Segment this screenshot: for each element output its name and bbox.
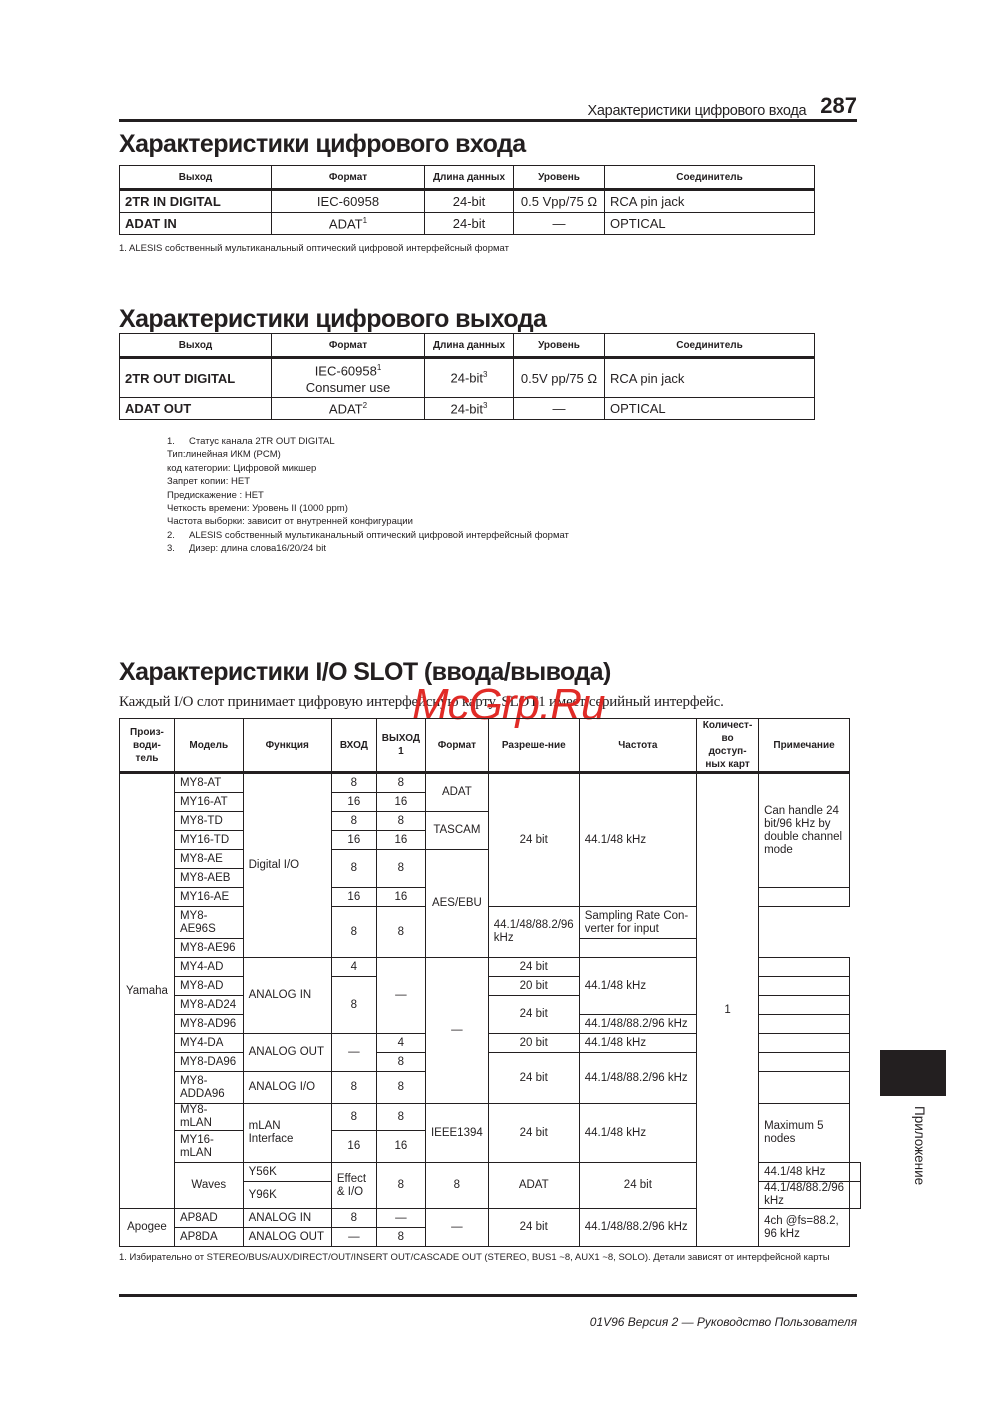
cell-output: 2TR OUT DIGITAL	[120, 358, 272, 398]
cell-model: MY8-AE96S	[174, 907, 243, 939]
cell-note	[759, 888, 850, 907]
table-row: ADAT IN ADAT1 24-bit — OPTICAL	[120, 213, 815, 235]
cell-input: 16	[331, 831, 376, 850]
cell-output: 8	[376, 1104, 425, 1131]
table-header-row: Произ-води-тель Модель Функция ВХОД ВЫХО…	[120, 719, 861, 773]
footnote-line: Частота выборки: зависит от внутренней к…	[167, 515, 569, 528]
footnote-ref: 3	[483, 401, 487, 410]
cell-model: MY8-ADDA96	[174, 1072, 243, 1104]
model-text: MY8-ADDA96	[180, 1075, 225, 1100]
length-text: 24-bit	[451, 401, 484, 416]
cell-function: ANALOG IN	[243, 958, 331, 1034]
cell-input: 8	[331, 773, 376, 793]
cell-output: 8	[425, 1163, 488, 1209]
cell-frequency: 44.1/48/88.2/96 kHz	[579, 1015, 696, 1034]
footnote-line: код категории: Цифровой микшер	[167, 462, 569, 475]
cell-note	[759, 1015, 850, 1034]
cell-input: 8	[331, 1072, 376, 1104]
cell-cards: 1	[697, 773, 759, 1247]
io-slot-footnote: 1. Избирательно от STEREO/BUS/AUX/DIRECT…	[119, 1251, 830, 1264]
cell-level: 0.5V pp/75 Ω	[514, 358, 605, 398]
format-subtext: Consumer use	[306, 380, 391, 395]
cell-function: ANALOG OUT	[243, 1228, 331, 1247]
cell-input: 8	[376, 1163, 425, 1209]
cell-manufacturer: Waves	[174, 1163, 243, 1209]
footnote-text: Статус канала 2TR OUT DIGITAL	[189, 436, 335, 447]
col-header: Соединитель	[605, 166, 815, 190]
cell-output: 16	[376, 888, 425, 907]
cell-model: Y96K	[243, 1182, 331, 1209]
cell-output: 2TR IN DIGITAL	[120, 190, 272, 213]
cell-output: 4	[376, 1034, 425, 1053]
col-header-output: ВЫХОД 1	[376, 719, 425, 773]
cell-input: 8	[331, 850, 376, 888]
cell-input: 8	[331, 907, 376, 958]
cell-input: 16	[331, 1131, 376, 1163]
cell-output: 8	[376, 850, 425, 888]
cell-resolution: 24 bit	[488, 1104, 579, 1163]
cell-connector: OPTICAL	[605, 398, 815, 420]
cell-output: 8	[376, 1053, 425, 1072]
cell-output: —	[376, 958, 425, 1034]
cell-note	[759, 1072, 850, 1104]
cell-resolution: 20 bit	[488, 977, 579, 996]
col-header: Длина данных	[425, 334, 514, 358]
cell-format: TASCAM	[425, 812, 488, 850]
cell-input: 16	[331, 793, 376, 812]
col-header-notes: Примечание	[759, 719, 850, 773]
col-header-resolution: Разреше-ние	[488, 719, 579, 773]
col-header: Уровень	[514, 334, 605, 358]
cell-length: 24-bit3	[425, 358, 514, 398]
format-text: IEC-60958	[315, 364, 377, 379]
cell-frequency: 44.1/48/88.2/96 kHz	[579, 1053, 696, 1104]
cell-function: mLAN Interface	[243, 1104, 331, 1163]
cell-note: Sampling Rate Con-verter for input	[579, 907, 696, 939]
cell-model: MY8-AE	[174, 850, 243, 869]
cell-function: Effect & I/O	[331, 1163, 376, 1209]
cell-output: 8	[376, 1228, 425, 1247]
cell-output: 16	[376, 831, 425, 850]
table-header-row: Выход Формат Длина данных Уровень Соедин…	[120, 334, 815, 358]
cell-output: 8	[376, 773, 425, 793]
cell-model: MY4-DA	[174, 1034, 243, 1053]
col-header: Формат	[272, 166, 425, 190]
col-header-format: Формат	[425, 719, 488, 773]
cell-input: 8	[331, 812, 376, 831]
cell-frequency: 44.1/48 kHz	[579, 773, 696, 907]
cell-manufacturer: Yamaha	[120, 773, 175, 1209]
cell-model: MY8-AD24	[174, 996, 243, 1015]
footnote-text: Запрет копии: НЕТ	[167, 476, 250, 487]
cell-model: MY8-TD	[174, 812, 243, 831]
format-text: ADAT	[329, 401, 363, 416]
cell-output: ADAT OUT	[120, 398, 272, 420]
footnote-number: 3.	[167, 542, 189, 555]
footnote-text: ALESIS собственный мультиканальный оптич…	[189, 530, 569, 541]
cell-note	[759, 958, 850, 977]
col-header-model: Модель	[174, 719, 243, 773]
cell-format: ADAT	[425, 773, 488, 812]
cell-model: MY16-AT	[174, 793, 243, 812]
cell-input: —	[331, 1034, 376, 1072]
cell-note: Maximum 5 nodes	[759, 1104, 850, 1163]
col-header-cards: Количест-во доступ-ных карт	[697, 719, 759, 773]
cell-input: 4	[331, 958, 376, 977]
table-row: ADAT OUT ADAT2 24-bit3 — OPTICAL	[120, 398, 815, 420]
model-text: MY16-mLAN	[180, 1134, 214, 1159]
cell-format: —	[425, 958, 488, 1104]
cell-level: 0.5 Vpp/75 Ω	[514, 190, 605, 213]
cell-frequency: 44.1/48 kHz	[759, 1163, 850, 1182]
cell-output: 8	[376, 907, 425, 958]
footer-text: 01V96 Версия 2 — Руководство Пользовател…	[590, 1315, 857, 1329]
cell-output: 16	[376, 793, 425, 812]
col-header-input: ВХОД	[331, 719, 376, 773]
col-header: Формат	[272, 334, 425, 358]
cell-length: 24-bit	[425, 190, 514, 213]
cell-level: —	[514, 213, 605, 235]
cell-format: ADAT	[488, 1163, 579, 1209]
cell-function: ANALOG IN	[243, 1209, 331, 1228]
footnote-ref: 1	[363, 216, 367, 225]
cell-model: MY4-AD	[174, 958, 243, 977]
table-row: 2TR IN DIGITAL IEC-60958 24-bit 0.5 Vpp/…	[120, 190, 815, 213]
cell-frequency: 44.1/48 kHz	[579, 958, 696, 1015]
col-header-manufacturer: Произ-води-тель	[120, 719, 175, 773]
cell-function: Digital I/O	[243, 773, 331, 958]
footnote-text: код категории: Цифровой микшер	[167, 463, 316, 474]
digital-out-table: Выход Формат Длина данных Уровень Соедин…	[119, 333, 815, 420]
footnote-line: 3.Дизер: длина слова16/20/24 bit	[167, 542, 569, 555]
cell-connector: RCA pin jack	[605, 358, 815, 398]
cell-input: 8	[331, 1104, 376, 1131]
footnote-line: Предискажение : НЕТ	[167, 489, 569, 502]
cell-function: ANALOG OUT	[243, 1034, 331, 1072]
cell-frequency: 44.1/48 kHz	[579, 1104, 696, 1163]
cell-model: MY16-TD	[174, 831, 243, 850]
cell-note	[759, 996, 850, 1015]
digital-out-footnotes: 1.Статус канала 2TR OUT DIGITALТип:линей…	[167, 435, 569, 556]
digital-out-title: Характеристики цифрового выхода	[119, 304, 546, 334]
cell-frequency: 44.1/48 kHz	[579, 1034, 696, 1053]
table-header-row: Выход Формат Длина данных Уровень Соедин…	[120, 166, 815, 190]
footnote-text: Тип:линейная ИКМ (PCM)	[167, 449, 281, 460]
cell-format: —	[425, 1209, 488, 1247]
cell-connector: OPTICAL	[605, 213, 815, 235]
cell-output: ADAT IN	[120, 213, 272, 235]
cell-note	[759, 977, 850, 996]
cell-model: MY8-AT	[174, 773, 243, 793]
cell-note	[759, 1034, 850, 1053]
cell-frequency: 44.1/48/88.2/96 kHz	[579, 1209, 696, 1247]
table-row: 2TR OUT DIGITAL IEC-609581Consumer use 2…	[120, 358, 815, 398]
col-header: Длина данных	[425, 166, 514, 190]
cell-level: —	[514, 398, 605, 420]
cell-format: ADAT2	[272, 398, 425, 420]
cell-note	[850, 1182, 861, 1209]
footnote-line: Тип:линейная ИКМ (PCM)	[167, 448, 569, 461]
cell-model: AP8AD	[174, 1209, 243, 1228]
cell-input: —	[331, 1228, 376, 1247]
format-text: IEC-60958	[317, 194, 379, 209]
cell-model: MY8-AD96	[174, 1015, 243, 1034]
cell-format: IEEE1394	[425, 1104, 488, 1163]
io-slot-table: Произ-води-тель Модель Функция ВХОД ВЫХО…	[119, 718, 861, 1247]
cell-resolution: 24 bit	[488, 958, 579, 977]
format-text: ADAT	[329, 216, 363, 231]
cell-connector: RCA pin jack	[605, 190, 815, 213]
cell-resolution: 20 bit	[488, 1034, 579, 1053]
section-tab-marker	[880, 1050, 946, 1096]
cell-length: 24-bit	[425, 213, 514, 235]
cell-length: 24-bit3	[425, 398, 514, 420]
cell-input: 8	[331, 1209, 376, 1228]
footnote-number: 1.	[167, 435, 189, 448]
table-row: Yamaha MY8-AT Digital I/O 8 8 ADAT 24 bi…	[120, 773, 861, 793]
col-header: Выход	[120, 166, 272, 190]
footer-rule	[119, 1294, 857, 1297]
cell-model: AP8DA	[174, 1228, 243, 1247]
cell-format: AES/EBU	[425, 850, 488, 958]
cell-output: 16	[376, 1131, 425, 1163]
cell-note	[759, 1053, 850, 1072]
digital-in-footnote: 1. ALESIS собственный мультиканальный оп…	[119, 242, 509, 255]
cell-model: MY8-mLAN	[174, 1104, 243, 1131]
col-header: Уровень	[514, 166, 605, 190]
cell-input: 16	[331, 888, 376, 907]
cell-format: IEC-60958	[272, 190, 425, 213]
cell-model: MY16-AE	[174, 888, 243, 907]
cell-note: Can handle 24 bit/96 kHz by double chann…	[759, 773, 850, 888]
cell-resolution: 24 bit	[488, 1053, 579, 1104]
col-header-frequency: Частота	[579, 719, 696, 773]
col-header: Соединитель	[605, 334, 815, 358]
cell-input: 8	[331, 977, 376, 1034]
footnote-text: Четкость времени: Уровень II (1000 ppm)	[167, 503, 348, 514]
page-number: 287	[820, 93, 857, 118]
footnote-line: 2.ALESIS собственный мультиканальный опт…	[167, 529, 569, 542]
cell-note: 4ch @fs=88.2, 96 kHz	[759, 1209, 850, 1247]
cell-format: IEC-609581Consumer use	[272, 358, 425, 398]
section-tab-label: Приложение	[897, 1106, 927, 1196]
cell-resolution: 24 bit	[488, 996, 579, 1034]
cell-model: MY8-AE96	[174, 939, 243, 958]
footnote-ref: 1	[377, 363, 381, 372]
footnote-ref: 3	[483, 370, 487, 379]
cell-note	[579, 939, 696, 958]
cell-note	[850, 1163, 861, 1182]
cell-resolution: 24 bit	[579, 1163, 696, 1209]
cell-manufacturer: Apogee	[120, 1209, 175, 1247]
footnote-text: Частота выборки: зависит от внутренней к…	[167, 516, 413, 527]
running-header: Характеристики цифрового входа287	[119, 93, 857, 122]
cell-function: ANALOG I/O	[243, 1072, 331, 1104]
col-header-function: Функция	[243, 719, 331, 773]
footnote-line: Запрет копии: НЕТ	[167, 475, 569, 488]
footnote-line: Четкость времени: Уровень II (1000 ppm)	[167, 502, 569, 515]
cell-frequency: 44.1/48/88.2/96 kHz	[488, 907, 579, 958]
footnote-number: 2.	[167, 529, 189, 542]
cell-model: Y56K	[243, 1163, 331, 1182]
cell-model: MY8-AD	[174, 977, 243, 996]
cell-frequency: 44.1/48/88.2/96 kHz	[759, 1182, 850, 1209]
digital-in-table: Выход Формат Длина данных Уровень Соедин…	[119, 165, 815, 235]
footnote-text: Дизер: длина слова16/20/24 bit	[189, 543, 326, 554]
footnote-line: 1.Статус канала 2TR OUT DIGITAL	[167, 435, 569, 448]
cell-output: 8	[376, 812, 425, 831]
cell-output: 8	[376, 1072, 425, 1104]
cell-model: MY16-mLAN	[174, 1131, 243, 1163]
col-header: Выход	[120, 334, 272, 358]
cell-model: MY8-DA96	[174, 1053, 243, 1072]
digital-in-title: Характеристики цифрового входа	[119, 129, 526, 159]
cell-resolution: 24 bit	[488, 773, 579, 907]
cell-output: —	[376, 1209, 425, 1228]
cell-resolution: 24 bit	[488, 1209, 579, 1247]
cell-format: ADAT1	[272, 213, 425, 235]
length-text: 24-bit	[451, 371, 484, 386]
footnote-text: Предискажение : НЕТ	[167, 490, 264, 501]
cell-model: MY8-AEB	[174, 869, 243, 888]
footnote-ref: 2	[363, 401, 367, 410]
running-header-section: Характеристики цифрового входа	[588, 103, 807, 119]
